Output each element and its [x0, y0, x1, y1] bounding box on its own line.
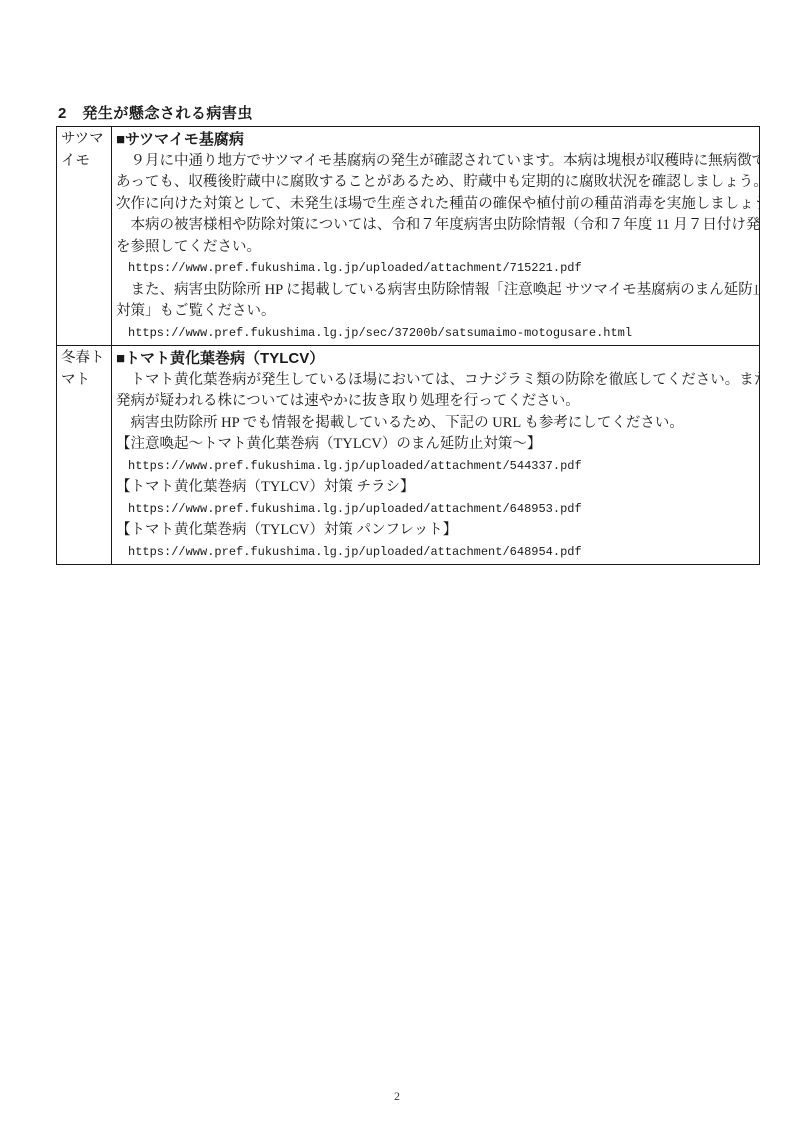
body-text-line: また、病害虫防除所 HP に掲載している病害虫防除情報「注意喚起 サツマイモ基腐…	[116, 280, 757, 302]
disease-heading: ■トマト黄化葉巻病（TYLCV）	[116, 348, 757, 370]
content-cell: ■トマト黄化葉巻病（TYLCV） トマト黄化葉巻病が発生しているほ場においては、…	[112, 346, 759, 564]
body-text-line: トマト黄化葉巻病が発生しているほ場においては、コナジラミ類の防除を徹底してくださ…	[116, 370, 757, 392]
table-row: 冬春トマト■トマト黄化葉巻病（TYLCV） トマト黄化葉巻病が発生しているほ場に…	[57, 346, 759, 564]
body-text-line: あっても、収穫後貯蔵中に腐敗することがあるため、貯蔵中も定期的に腐敗状況を確認し…	[116, 172, 757, 194]
url-text: https://www.pref.fukushima.lg.jp/uploade…	[116, 258, 757, 280]
body-text-line: 病害虫防除所 HP でも情報を掲載しているため、下記の URL も参考にしてくだ…	[116, 413, 757, 435]
url-text: https://www.pref.fukushima.lg.jp/uploade…	[116, 542, 757, 564]
body-text-line: 対策」もご覧ください。	[116, 301, 757, 323]
page-number: 2	[0, 1089, 794, 1103]
body-text-line: を参照してください。	[116, 237, 757, 259]
content-cell: ■サツマイモ基腐病 ９月に中通り地方でサツマイモ基腐病の発生が確認されています。…	[112, 127, 759, 345]
crop-label-line: 冬春ト	[61, 348, 111, 370]
body-text-line: 発病が疑われる株については速やかに抜き取り処理を行ってください。	[116, 391, 757, 413]
section-title: 2 発生が懸念される病害虫	[58, 104, 253, 124]
body-text-line: 本病の被害様相や防除対策については、令和７年度病害虫防除情報（令和７年度 11 …	[116, 215, 757, 237]
crop-label-line: マト	[61, 370, 111, 392]
document-page: 2 発生が懸念される病害虫 サツマイモ■サツマイモ基腐病 ９月に中通り地方でサツ…	[0, 0, 794, 1123]
reference-title: 【トマト黄化葉巻病（TYLCV）対策 チラシ】	[116, 477, 757, 499]
table-row: サツマイモ■サツマイモ基腐病 ９月に中通り地方でサツマイモ基腐病の発生が確認され…	[57, 127, 759, 346]
disease-heading: ■サツマイモ基腐病	[116, 129, 757, 151]
body-text-line: 次作に向けた対策として、未発生ほ場で生産された種苗の確保や植付前の種苗消毒を実施…	[116, 194, 757, 216]
url-text: https://www.pref.fukushima.lg.jp/uploade…	[116, 499, 757, 521]
url-text: https://www.pref.fukushima.lg.jp/uploade…	[116, 456, 757, 478]
pest-table: サツマイモ■サツマイモ基腐病 ９月に中通り地方でサツマイモ基腐病の発生が確認され…	[56, 126, 760, 565]
crop-label-line: イモ	[61, 151, 111, 173]
crop-label-line: サツマ	[61, 129, 111, 151]
reference-title: 【注意喚起～トマト黄化葉巻病（TYLCV）のまん延防止対策～】	[116, 434, 757, 456]
body-text-line: ９月に中通り地方でサツマイモ基腐病の発生が確認されています。本病は塊根が収穫時に…	[116, 151, 757, 173]
crop-label-cell: サツマイモ	[57, 127, 112, 345]
crop-label-cell: 冬春トマト	[57, 346, 112, 564]
url-text: https://www.pref.fukushima.lg.jp/sec/372…	[116, 323, 757, 345]
reference-title: 【トマト黄化葉巻病（TYLCV）対策 パンフレット】	[116, 520, 757, 542]
